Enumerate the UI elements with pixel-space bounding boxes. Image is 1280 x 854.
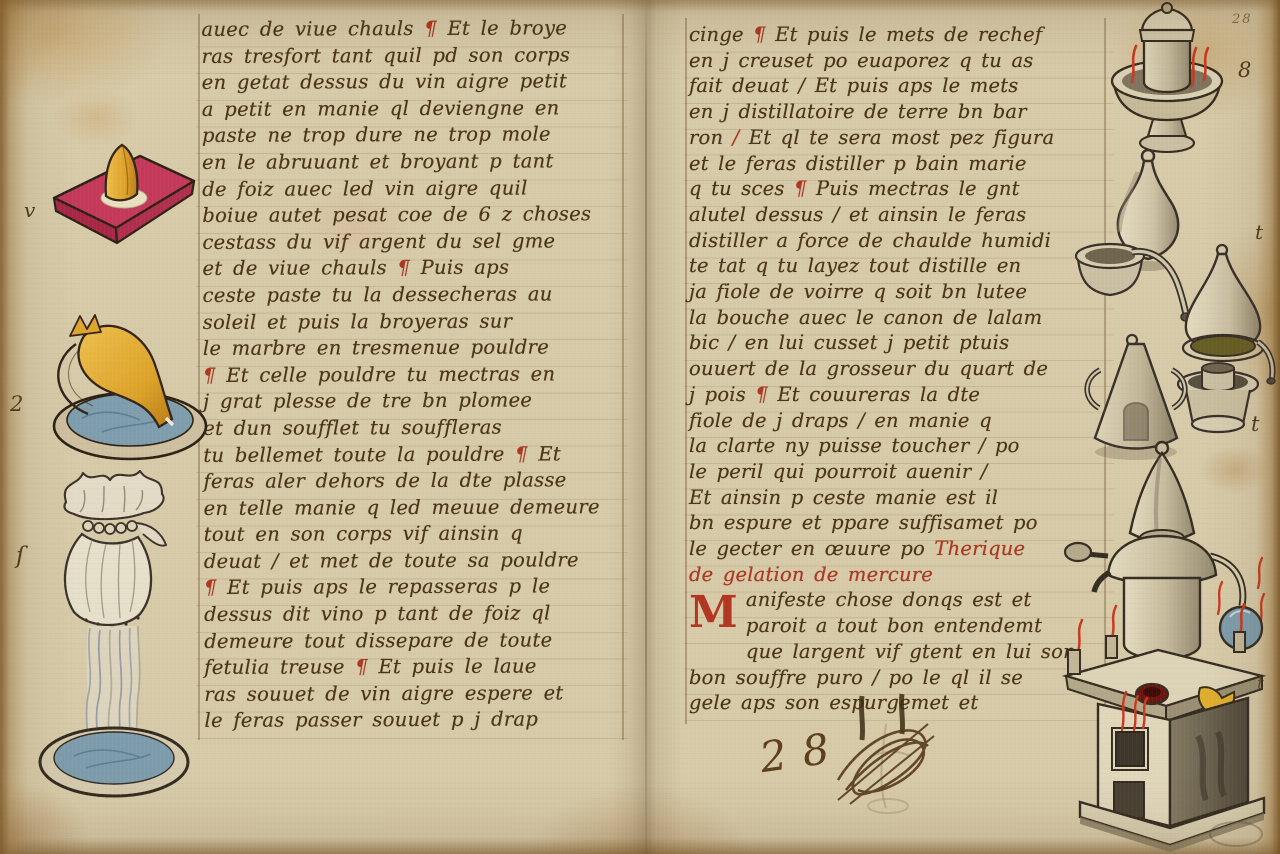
manuscript-line: en j creuset po euaporez q tu as: [689, 48, 1117, 74]
manuscript-line: en le abruuant et broyant p tant: [202, 148, 626, 176]
manuscript-line: ras tresfort tant quil pd son corps: [202, 42, 626, 70]
manuscript-line: ras souuet de vin aigre espere et: [204, 680, 628, 708]
manuscript-line: en getat dessus du vin aigre petit: [202, 68, 626, 96]
folio-number-bottom: 28: [756, 722, 848, 783]
manuscript-line: ron / Et ql te sera most pez figura: [689, 125, 1117, 151]
manuscript-line: ceste paste tu la dessecheras au: [203, 281, 627, 309]
furnace-door-upper: [1116, 732, 1144, 766]
manuscript-line: q tu sces ¶ Puis mectras le gnt: [689, 176, 1117, 202]
manuscript-line: en telle manie q led meuue demeure: [204, 494, 628, 522]
alembic-cone: [1130, 453, 1194, 541]
manuscript-line: te tat q tu layez tout distille en: [689, 253, 1117, 279]
manuscript-line: le feras passer souuet p j drap: [204, 707, 628, 735]
manuscript-line: de foiz auec led vin aigre quil: [202, 175, 626, 203]
manuscript-line: soleil et puis la broyeras sur: [203, 308, 627, 336]
manuscript-line: le marbre en tresmenue pouldre: [203, 334, 627, 362]
manuscript-line: tu bellemet toute la pouldre ¶ Et: [203, 441, 627, 469]
manuscript-line: fetulia treuse ¶ Et puis le laue: [204, 653, 628, 681]
yellow-cone-on-red-slab-figure: [36, 136, 208, 278]
manuscript-line: la bouche auec le canon de lalam: [689, 305, 1117, 331]
manuscript-line: et dun soufflet tu souffleras: [203, 414, 627, 442]
page-corner-stain: [0, 0, 170, 130]
figure-label-t2: t: [1251, 412, 1259, 436]
manuscript-line: dessus dit vino p tant de foiz ql: [204, 600, 628, 628]
left-page-text: auec de viue chauls ¶ Et le broyeras tre…: [201, 15, 628, 735]
gutter-crease: [645, 0, 647, 854]
bag-body: [65, 534, 151, 625]
alembic-head: [1186, 254, 1260, 344]
manuscript-line: alutel dessus / et ainsin le feras: [689, 202, 1117, 228]
manuscript-line: auec de viue chauls ¶ Et le broye: [201, 15, 625, 43]
crucible-body: [1144, 34, 1190, 92]
bag-ruffle: [64, 471, 163, 519]
manuscript-line: ouuert de la grosseur du quart de: [689, 356, 1117, 382]
manuscript-line: et de viue chauls ¶ Puis aps: [202, 254, 626, 282]
manuscript-line: ¶ Et puis aps le repasseras p le: [204, 574, 628, 602]
manuscript-line: distiller a force de chaulde humidi: [689, 228, 1117, 254]
manuscript-line: en j distillatoire de terre bn bar: [689, 99, 1117, 125]
still-body: [1124, 578, 1200, 659]
flourish-scribble: [838, 724, 934, 804]
margin-rule: [685, 18, 687, 724]
figure-label-8: 8: [1238, 58, 1251, 82]
bag-filter-figure: [26, 460, 204, 804]
crucible-in-flaming-bowl-figure: [1104, 4, 1238, 154]
figure-label-s: ſ: [16, 543, 25, 569]
still-dome: [1108, 536, 1216, 584]
figure-label-2: 2: [10, 392, 23, 416]
yellow-vessel-on-blue-dish-figure: [20, 306, 220, 468]
manuscript-line: fait deuat / Et puis aps le mets: [689, 73, 1117, 99]
figure-label-t3: t: [1257, 674, 1264, 694]
manuscript-line: boiue autet pesat coe de 6 z choses: [202, 201, 626, 229]
manuscript-line: cinge ¶ Et puis le mets de rechef: [689, 22, 1117, 48]
ink-flourish: 28: [746, 694, 958, 818]
bowl-water: [54, 732, 174, 784]
manuscript-line: fiole de j draps / en manie q: [689, 408, 1117, 434]
manuscript-line: bic / en lui cusset j petit ptuis: [689, 330, 1117, 356]
manuscript-line: et le feras distiller p bain marie: [689, 151, 1117, 177]
figure-label-v: v: [24, 198, 35, 222]
manuscript-line: paste ne trop dure ne trop mole: [202, 121, 626, 149]
manuscript-line: ¶ Et celle pouldre tu mectras en: [203, 361, 627, 389]
yellow-cone: [106, 145, 138, 200]
manuscript-line: cestass du vif argent du sel gme: [202, 228, 626, 256]
manuscript-line: ja fiole de voirre q soit bn lutee: [689, 279, 1117, 305]
manuscript-line: j pois ¶ Et couureras la dte: [689, 382, 1117, 408]
manuscript-line: tout en son corps vif ainsin q: [204, 520, 628, 548]
manuscript-line: feras aler dehors de la dte plasse: [203, 467, 627, 495]
manuscript-line: j grat plesse de tre bn plomee: [203, 387, 627, 415]
side-disc: [1065, 543, 1091, 561]
distillation-furnace-figure: [1050, 436, 1278, 854]
manuscript-line: demeure tout dissepare de toute: [204, 627, 628, 655]
manuscript-line: a petit en manie ql deviengne en: [202, 95, 626, 123]
manuscript-line: deuat / et met de toute sa pouldre: [204, 547, 628, 575]
manuscript-spread: auec de viue chauls ¶ Et le broyeras tre…: [0, 0, 1280, 854]
